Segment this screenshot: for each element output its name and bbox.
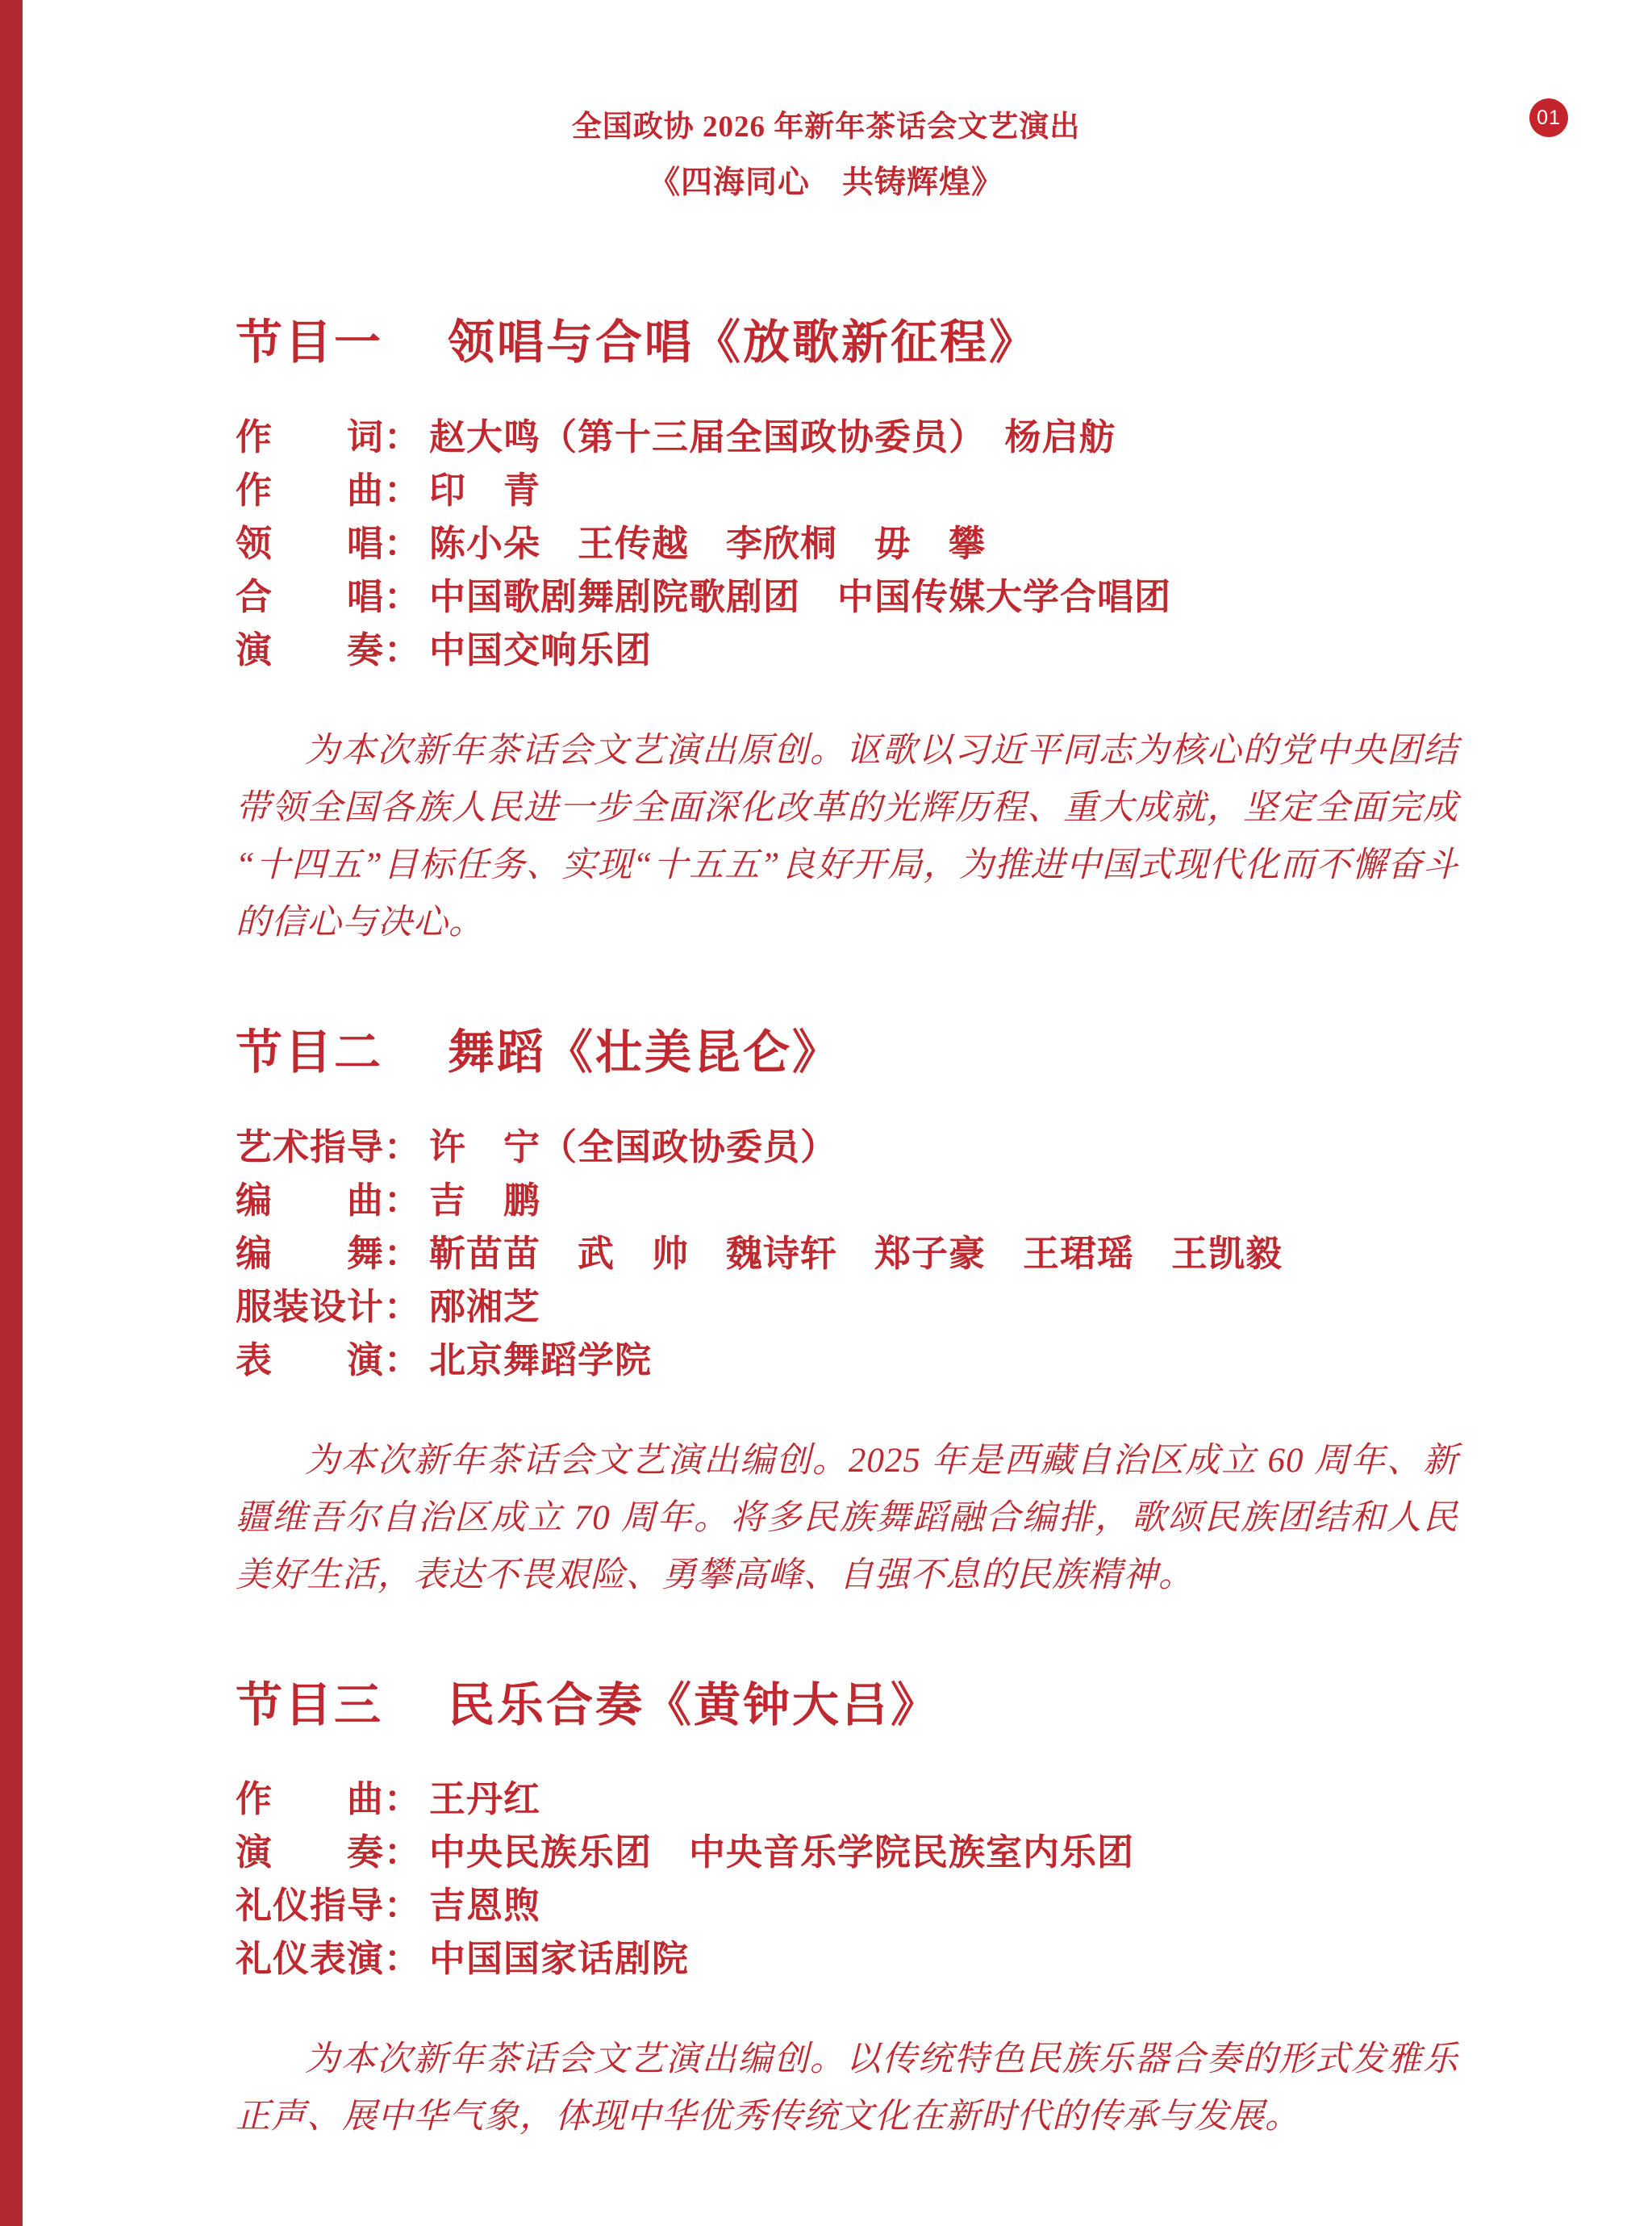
program-description: 为本次新年茶话会文艺演出编创。以传统特色民族乐器合奏的形式发雅乐正声、展中华气象… bbox=[236, 2031, 1458, 2145]
credit-role: 合 唱： bbox=[236, 570, 421, 624]
credit-role: 编 曲： bbox=[236, 1174, 421, 1227]
credit-value: 中央民族乐团 中央音乐学院民族室内乐团 bbox=[429, 1826, 1134, 1879]
credit-row: 合 唱： 中国歌剧舞剧院歌剧团 中国传媒大学合唱团 bbox=[236, 570, 1458, 624]
page-edge-bar bbox=[0, 0, 23, 2226]
credit-row: 作 词： 赵大鸣（第十三届全国政协委员） 杨启舫 bbox=[236, 411, 1458, 464]
credit-row: 礼仪表演： 中国国家话剧院 bbox=[236, 1932, 1458, 1986]
credit-role: 礼仪指导： bbox=[236, 1879, 421, 1932]
credit-role: 演 奏： bbox=[236, 1826, 421, 1879]
credits-list: 艺术指导： 许 宁（全国政协委员） 编 曲： 吉 鹏 编 舞： 靳苗苗 武 帅 … bbox=[236, 1121, 1458, 1387]
program-number-label: 节目三 bbox=[236, 1680, 383, 1731]
credit-value: 印 青 bbox=[429, 464, 540, 517]
credit-row: 作 曲： 印 青 bbox=[236, 464, 1458, 517]
program-name: 民乐合奏《黄钟大吕》 bbox=[448, 1680, 940, 1731]
program-section: 节目二 舞蹈《壮美昆仑》 艺术指导： 许 宁（全国政协委员） 编 曲： 吉 鹏 … bbox=[236, 1027, 1458, 1604]
credits-list: 作 词： 赵大鸣（第十三届全国政协委员） 杨启舫 作 曲： 印 青 领 唱： 陈… bbox=[236, 411, 1458, 677]
credit-role: 表 演： bbox=[236, 1334, 421, 1387]
credit-value: 靳苗苗 武 帅 魏诗轩 郑子豪 王珺瑶 王凯毅 bbox=[429, 1227, 1283, 1280]
credit-value: 王丹红 bbox=[429, 1773, 540, 1826]
program-name: 舞蹈《壮美昆仑》 bbox=[448, 1027, 841, 1079]
page-number-badge: 01 bbox=[1529, 98, 1568, 137]
credit-value: 中国歌剧舞剧院歌剧团 中国传媒大学合唱团 bbox=[429, 570, 1171, 624]
program-title: 节目三 民乐合奏《黄钟大吕》 bbox=[236, 1680, 1458, 1731]
program-title: 节目二 舞蹈《壮美昆仑》 bbox=[236, 1027, 1458, 1079]
credit-role: 服装设计： bbox=[236, 1280, 421, 1334]
program-number-label: 节目一 bbox=[236, 317, 383, 369]
program-description: 为本次新年茶话会文艺演出原创。讴歌以习近平同志为核心的党中央团结带领全国各族人民… bbox=[236, 722, 1458, 951]
program-section: 节目一 领唱与合唱《放歌新征程》 作 词： 赵大鸣（第十三届全国政协委员） 杨启… bbox=[236, 317, 1458, 951]
event-title: 全国政协 2026 年新年茶话会文艺演出 bbox=[0, 102, 1652, 145]
program-name: 领唱与合唱《放歌新征程》 bbox=[448, 317, 1038, 369]
credit-value: 中国国家话剧院 bbox=[429, 1932, 689, 1986]
credit-value: 吉 鹏 bbox=[429, 1174, 540, 1227]
credit-value: 陈小朵 王传越 李欣桐 毋 攀 bbox=[429, 517, 986, 570]
credit-row: 艺术指导： 许 宁（全国政协委员） bbox=[236, 1121, 1458, 1174]
credits-list: 作 曲： 王丹红 演 奏： 中央民族乐团 中央音乐学院民族室内乐团 礼仪指导： … bbox=[236, 1773, 1458, 1986]
credit-role: 艺术指导： bbox=[236, 1121, 421, 1174]
credit-role: 礼仪表演： bbox=[236, 1932, 421, 1986]
page-header: 全国政协 2026 年新年茶话会文艺演出 《四海同心 共铸辉煌》 bbox=[0, 0, 1652, 203]
credit-role: 作 曲： bbox=[236, 1773, 421, 1826]
credit-role: 作 曲： bbox=[236, 464, 421, 517]
page-number: 01 bbox=[1537, 106, 1561, 130]
credit-row: 作 曲： 王丹红 bbox=[236, 1773, 1458, 1826]
credit-row: 领 唱： 陈小朵 王传越 李欣桐 毋 攀 bbox=[236, 517, 1458, 570]
credit-value: 中国交响乐团 bbox=[429, 624, 652, 677]
credit-row: 表 演： 北京舞蹈学院 bbox=[236, 1334, 1458, 1387]
credit-row: 礼仪指导： 吉恩煦 bbox=[236, 1879, 1458, 1932]
credit-row: 编 舞： 靳苗苗 武 帅 魏诗轩 郑子豪 王珺瑶 王凯毅 bbox=[236, 1227, 1458, 1280]
credit-value: 赵大鸣（第十三届全国政协委员） 杨启舫 bbox=[429, 411, 1116, 464]
credit-role: 领 唱： bbox=[236, 517, 421, 570]
program-number-label: 节目二 bbox=[236, 1027, 383, 1079]
credit-role: 编 舞： bbox=[236, 1227, 421, 1280]
credit-role: 作 词： bbox=[236, 411, 421, 464]
credit-value: 邴湘芝 bbox=[429, 1280, 540, 1334]
credit-row: 演 奏： 中国交响乐团 bbox=[236, 624, 1458, 677]
credit-value: 许 宁（全国政协委员） bbox=[429, 1121, 837, 1174]
program-title: 节目一 领唱与合唱《放歌新征程》 bbox=[236, 317, 1458, 369]
credit-row: 演 奏： 中央民族乐团 中央音乐学院民族室内乐团 bbox=[236, 1826, 1458, 1879]
credit-row: 服装设计： 邴湘芝 bbox=[236, 1280, 1458, 1334]
event-subtitle: 《四海同心 共铸辉煌》 bbox=[0, 157, 1652, 203]
program-list: 节目一 领唱与合唱《放歌新征程》 作 词： 赵大鸣（第十三届全国政协委员） 杨启… bbox=[236, 317, 1458, 2145]
program-description: 为本次新年茶话会文艺演出编创。2025 年是西藏自治区成立 60 周年、新疆维吾… bbox=[236, 1432, 1458, 1604]
credit-value: 北京舞蹈学院 bbox=[429, 1334, 652, 1387]
credit-row: 编 曲： 吉 鹏 bbox=[236, 1174, 1458, 1227]
program-section: 节目三 民乐合奏《黄钟大吕》 作 曲： 王丹红 演 奏： 中央民族乐团 中央音乐… bbox=[236, 1680, 1458, 2146]
credit-value: 吉恩煦 bbox=[429, 1879, 540, 1932]
credit-role: 演 奏： bbox=[236, 624, 421, 677]
